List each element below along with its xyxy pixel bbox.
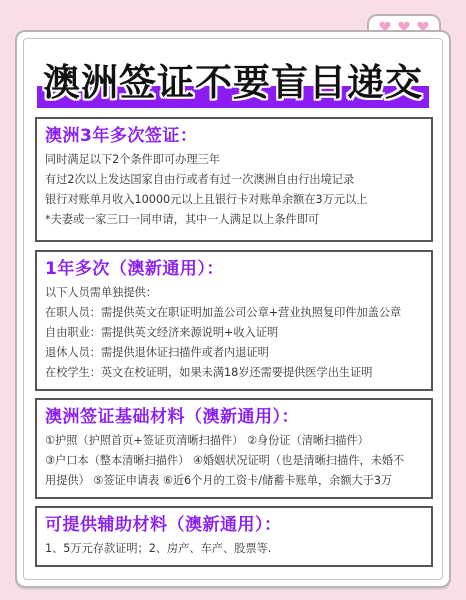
- section-1-year-multi: 1年多次（澳新通用）： 以下人员需单独提供： 在职人员：需提供英文在职证明加盖公…: [35, 250, 433, 391]
- section-line: 退休人员：需提供退休证扫描件或者内退证明: [45, 343, 423, 363]
- section-line: ①护照（护照首页+签证页清晰扫描件） ②身份证（清晰扫描件）: [45, 431, 423, 451]
- section-heading: 1年多次（澳新通用）：: [45, 258, 423, 280]
- section-line: 在校学生：英文在校证明，如果未满18岁还需要提供医学出生证明: [45, 363, 423, 383]
- section-line: 有过2次以上发达国家自由行或者有过一次澳洲自由行出境记录: [45, 170, 423, 190]
- section-line: 银行对账单月收入10000元以上且银行卡对账单余额在3万元以上: [45, 190, 423, 210]
- section-basic-materials: 澳洲签证基础材料（澳新通用）： ①护照（护照首页+签证页清晰扫描件） ②身份证（…: [35, 398, 433, 499]
- section-line: 用提供） ⑤签证申请表 ⑥近6个月的工资卡/储蓄卡账单，余额大于3万: [45, 471, 423, 491]
- title-banner: 澳洲签证不要盲目递交: [37, 60, 429, 108]
- section-line: 自由职业：需提供英文经济来源说明+收入证明: [45, 323, 423, 343]
- section-line: 以下人员需单独提供：: [45, 283, 423, 303]
- section-line: 在职人员：需提供英文在职证明加盖公司公章+营业执照复印件加盖公章: [45, 303, 423, 323]
- section-heading: 可提供辅助材料（澳新通用）：: [45, 514, 423, 536]
- section-heading: 澳洲签证基础材料（澳新通用）：: [45, 406, 423, 428]
- section-line: 1、5万元存款证明；2、房产、车产、股票等.: [45, 539, 423, 559]
- page-title: 澳洲签证不要盲目递交: [37, 60, 429, 106]
- section-heading: 澳洲3年多次签证：: [45, 125, 423, 147]
- section-supporting-materials: 可提供辅助材料（澳新通用）： 1、5万元存款证明；2、房产、车产、股票等.: [35, 506, 433, 567]
- section-line: *夫妻或一家三口一同申请，其中一人满足以上条件即可: [45, 210, 423, 230]
- section-line: 同时满足以下2个条件即可办理三年: [45, 150, 423, 170]
- section-3-year-visa: 澳洲3年多次签证： 同时满足以下2个条件即可办理三年 有过2次以上发达国家自由行…: [35, 117, 433, 242]
- section-line: ③户口本（整本清晰扫描件） ④婚姻状况证明（也是清晰扫描件，未婚不: [45, 451, 423, 471]
